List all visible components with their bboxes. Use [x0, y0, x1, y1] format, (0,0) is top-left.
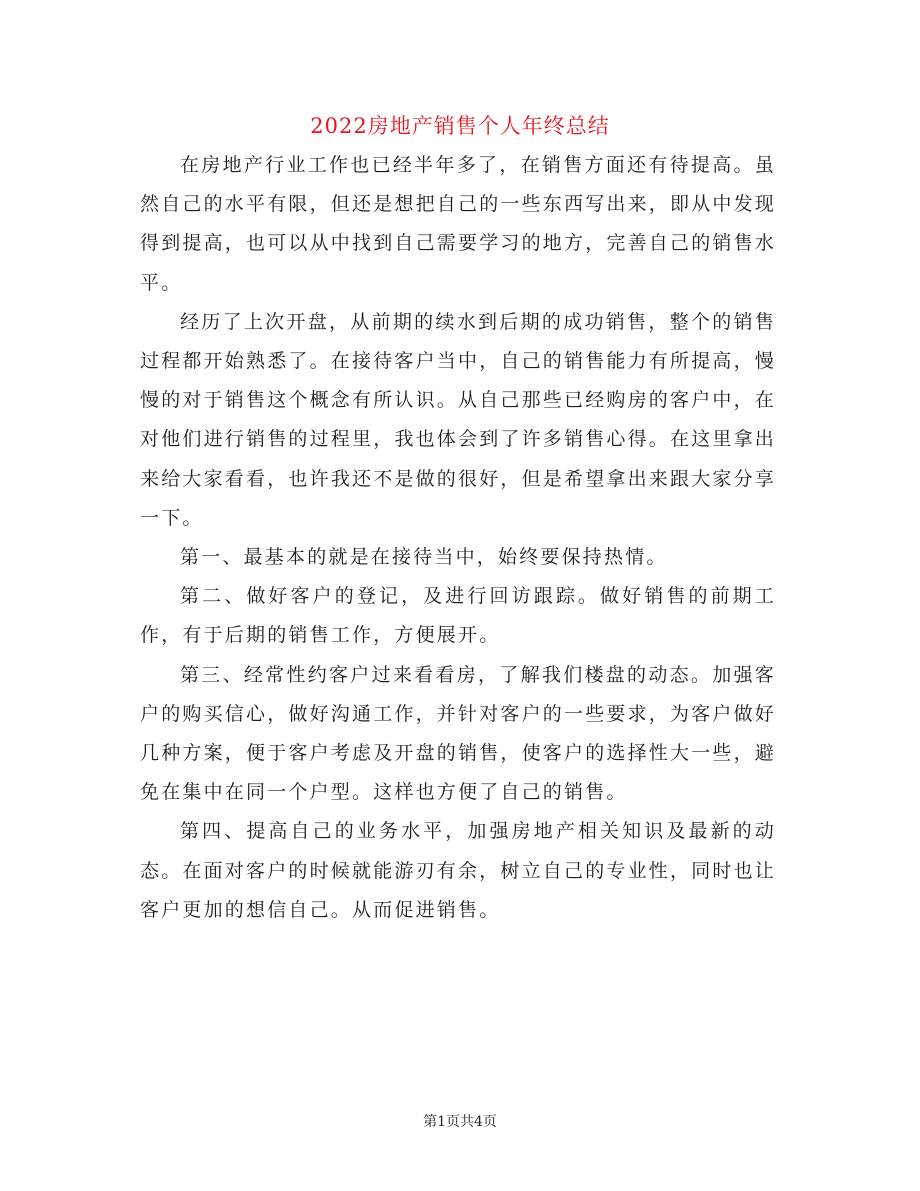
paragraph-point-4: 第四、提高自己的业务水平，加强房地产相关知识及最新的动态。在面对客户的时候就能游… — [140, 812, 776, 930]
paragraph-experience: 经历了上次开盘，从前期的续水到后期的成功销售，整个的销售过程都开始熟悉了。在接待… — [140, 303, 776, 538]
paragraph-point-1: 第一、最基本的就是在接待当中，始终要保持热情。 — [140, 538, 776, 577]
document-page: 2022房地产销售个人年终总结 在房地产行业工作也已经半年多了，在销售方面还有待… — [0, 0, 920, 1191]
document-body: 在房地产行业工作也已经半年多了，在销售方面还有待提高。虽然自己的水平有限，但还是… — [140, 146, 776, 930]
document-title: 2022房地产销售个人年终总结 — [0, 110, 920, 142]
paragraph-point-2: 第二、做好客户的登记，及进行回访跟踪。做好销售的前期工作，有于后期的销售工作，方… — [140, 577, 776, 655]
paragraph-intro: 在房地产行业工作也已经半年多了，在销售方面还有待提高。虽然自己的水平有限，但还是… — [140, 146, 776, 303]
page-indicator: 第1页共4页 — [0, 1112, 920, 1132]
paragraph-point-3: 第三、经常性约客户过来看看房，了解我们楼盘的动态。加强客户的购买信心，做好沟通工… — [140, 656, 776, 813]
